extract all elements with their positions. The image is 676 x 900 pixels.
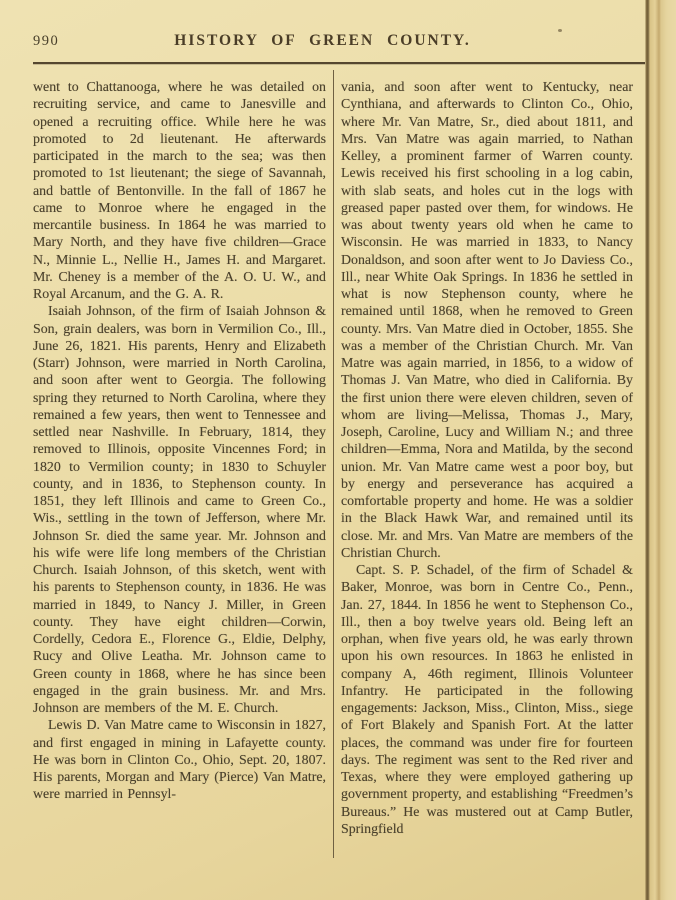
text-columns: went to Chattanooga, where he was detail… — [33, 79, 633, 838]
paragraph: Lewis D. Van Matre came to Wisconsin in … — [33, 717, 326, 803]
paragraph: vania, and soon after went to Kentucky, … — [341, 79, 633, 562]
page-header-title: HISTORY OF GREEN COUNTY. — [0, 32, 645, 50]
book-page: 990 HISTORY OF GREEN COUNTY. went to Cha… — [0, 0, 645, 900]
left-column: went to Chattanooga, where he was detail… — [33, 79, 326, 838]
scan-artifact — [558, 29, 562, 32]
header-rule — [33, 62, 645, 64]
paragraph: Capt. S. P. Schadel, of the firm of Scha… — [341, 562, 633, 838]
paragraph: Isaiah Johnson, of the firm of Isaiah Jo… — [33, 303, 326, 717]
paragraph: went to Chattanooga, where he was detail… — [33, 79, 326, 303]
book-edge — [645, 0, 676, 900]
right-column: vania, and soon after went to Kentucky, … — [341, 79, 633, 838]
